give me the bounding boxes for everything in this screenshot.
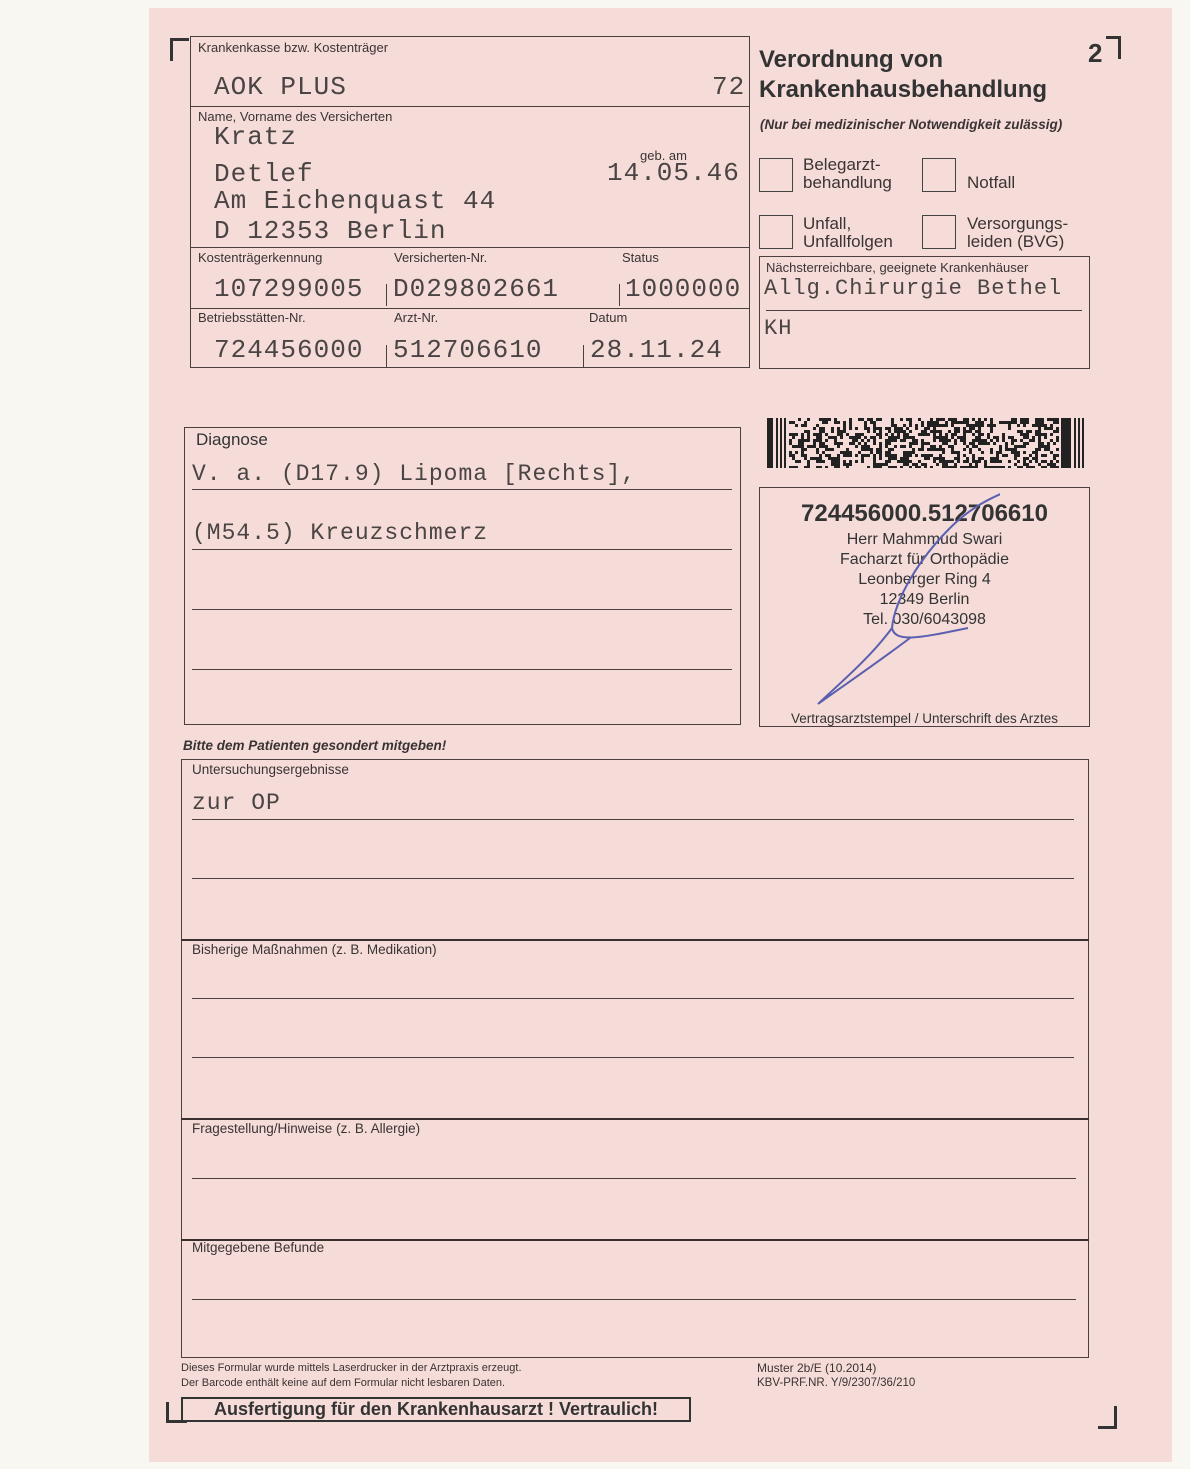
checkbox-unfall[interactable] [759,215,793,249]
date-label: Datum [589,310,627,325]
form-title-line2: Krankenhausbehandlung [759,76,1047,104]
status-label: Status [622,250,659,265]
footer-kbv: KBV-PRF.NR. Y/9/2307/36/210 [757,1377,915,1389]
enclosed-label: Mitgegebene Befunde [192,1240,324,1255]
insurer-value: AOK PLUS [214,72,347,102]
footer-note1: Dieses Formular wurde mittels Laserdruck… [181,1362,522,1374]
form-subtitle: (Nur bei medizinischer Notwendigkeit zul… [760,117,1062,132]
patient-street: Am Eichenquast 44 [214,186,496,216]
status-value: 1000000 [625,274,741,304]
footer-banner: Ausfertigung für den Krankenhausarzt ! V… [181,1397,691,1422]
insured-no: D029802661 [393,274,559,304]
form-number: 2 [1088,38,1102,69]
site-no: 724456000 [214,335,363,365]
checkbox-versorgungsleiden-label: Versorgungs-leiden (BVG) [967,215,1068,251]
date-value: 28.11.24 [590,335,723,365]
findings-section [181,759,1089,1358]
footer-note2: Der Barcode enthält keine auf dem Formul… [181,1377,505,1389]
insured-no-label: Versicherten-Nr. [394,250,487,265]
barcode [767,418,1085,468]
checkbox-notfall-label: Notfall [967,174,1015,192]
diagnosis-line1: V. a. (D17.9) Lipoma [Rechts], [192,461,636,487]
payer-id: 107299005 [214,274,363,304]
hospitals-line2: KH [764,316,792,341]
checkbox-belegarzt-label: Belegarzt-behandlung [803,156,892,192]
patient-last-name: Kratz [214,122,297,152]
doctor-signature [800,488,1000,708]
checkbox-belegarzt[interactable] [759,158,793,192]
checkbox-notfall[interactable] [922,158,956,192]
patient-dob: 14.05.46 [607,158,740,188]
note-separate: Bitte dem Patienten gesondert mitgeben! [183,738,446,753]
payer-id-label: Kostenträgerkennung [198,250,322,265]
diagnosis-line2: (M54.5) Kreuzschmerz [192,520,488,546]
measures-label: Bisherige Maßnahmen (z. B. Medikation) [192,942,437,957]
corner-mark-bottom-right [1098,1406,1117,1429]
findings-value: zur OP [192,790,281,816]
diagnosis-label: Diagnose [196,430,268,450]
insurer-label: Krankenkasse bzw. Kostenträger [198,40,388,55]
checkbox-versorgungsleiden[interactable] [922,215,956,249]
hospitals-label: Nächsterreichbare, geeignete Krankenhäus… [766,260,1028,275]
insurer-code: 72 [712,72,745,102]
findings-label: Untersuchungsergebnisse [192,762,349,777]
form-title-line1: Verordnung von [759,46,943,74]
patient-city: D 12353 Berlin [214,216,446,246]
doctor-no-label: Arzt-Nr. [394,310,438,325]
stamp-caption: Vertragsarztstempel / Unterschrift des A… [759,711,1090,726]
footer-muster: Muster 2b/E (10.2014) [757,1361,876,1375]
corner-mark-top-right [1106,36,1121,59]
doctor-no: 512706610 [393,335,542,365]
checkbox-unfall-label: Unfall,Unfallfolgen [803,215,893,251]
questions-label: Fragestellung/Hinweise (z. B. Allergie) [192,1121,420,1136]
site-no-label: Betriebsstätten-Nr. [198,310,306,325]
corner-mark-top-left [170,38,189,61]
hospitals-line1: Allg.Chirurgie Bethel [764,276,1062,301]
patient-first-name: Detlef [214,159,314,189]
